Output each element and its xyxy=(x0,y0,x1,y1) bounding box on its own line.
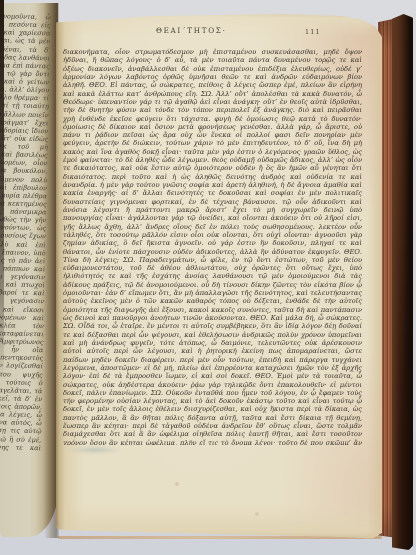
body-greek-text: διακονήματα, οἷον στρωματόδεσμον μὴ ἐπισ… xyxy=(63,48,362,445)
leather-binding xyxy=(392,14,413,550)
running-title: ΘΕΑΙ΄ΤΗΤΟΣ· xyxy=(156,26,227,35)
book-photograph: ὥσπερ καὶ Θαλῆν ἀστρονομοῦντα, ὦ Θεόδωρε… xyxy=(0,0,416,555)
right-page: ΘΕΑΙ΄ΤΗΤΟΣ· 111 διακονήματα, οἷον στρωμα… xyxy=(56,13,382,539)
ink-smudge xyxy=(68,446,122,454)
folio-number: 111 xyxy=(305,28,321,36)
left-binding-edge xyxy=(0,0,4,380)
